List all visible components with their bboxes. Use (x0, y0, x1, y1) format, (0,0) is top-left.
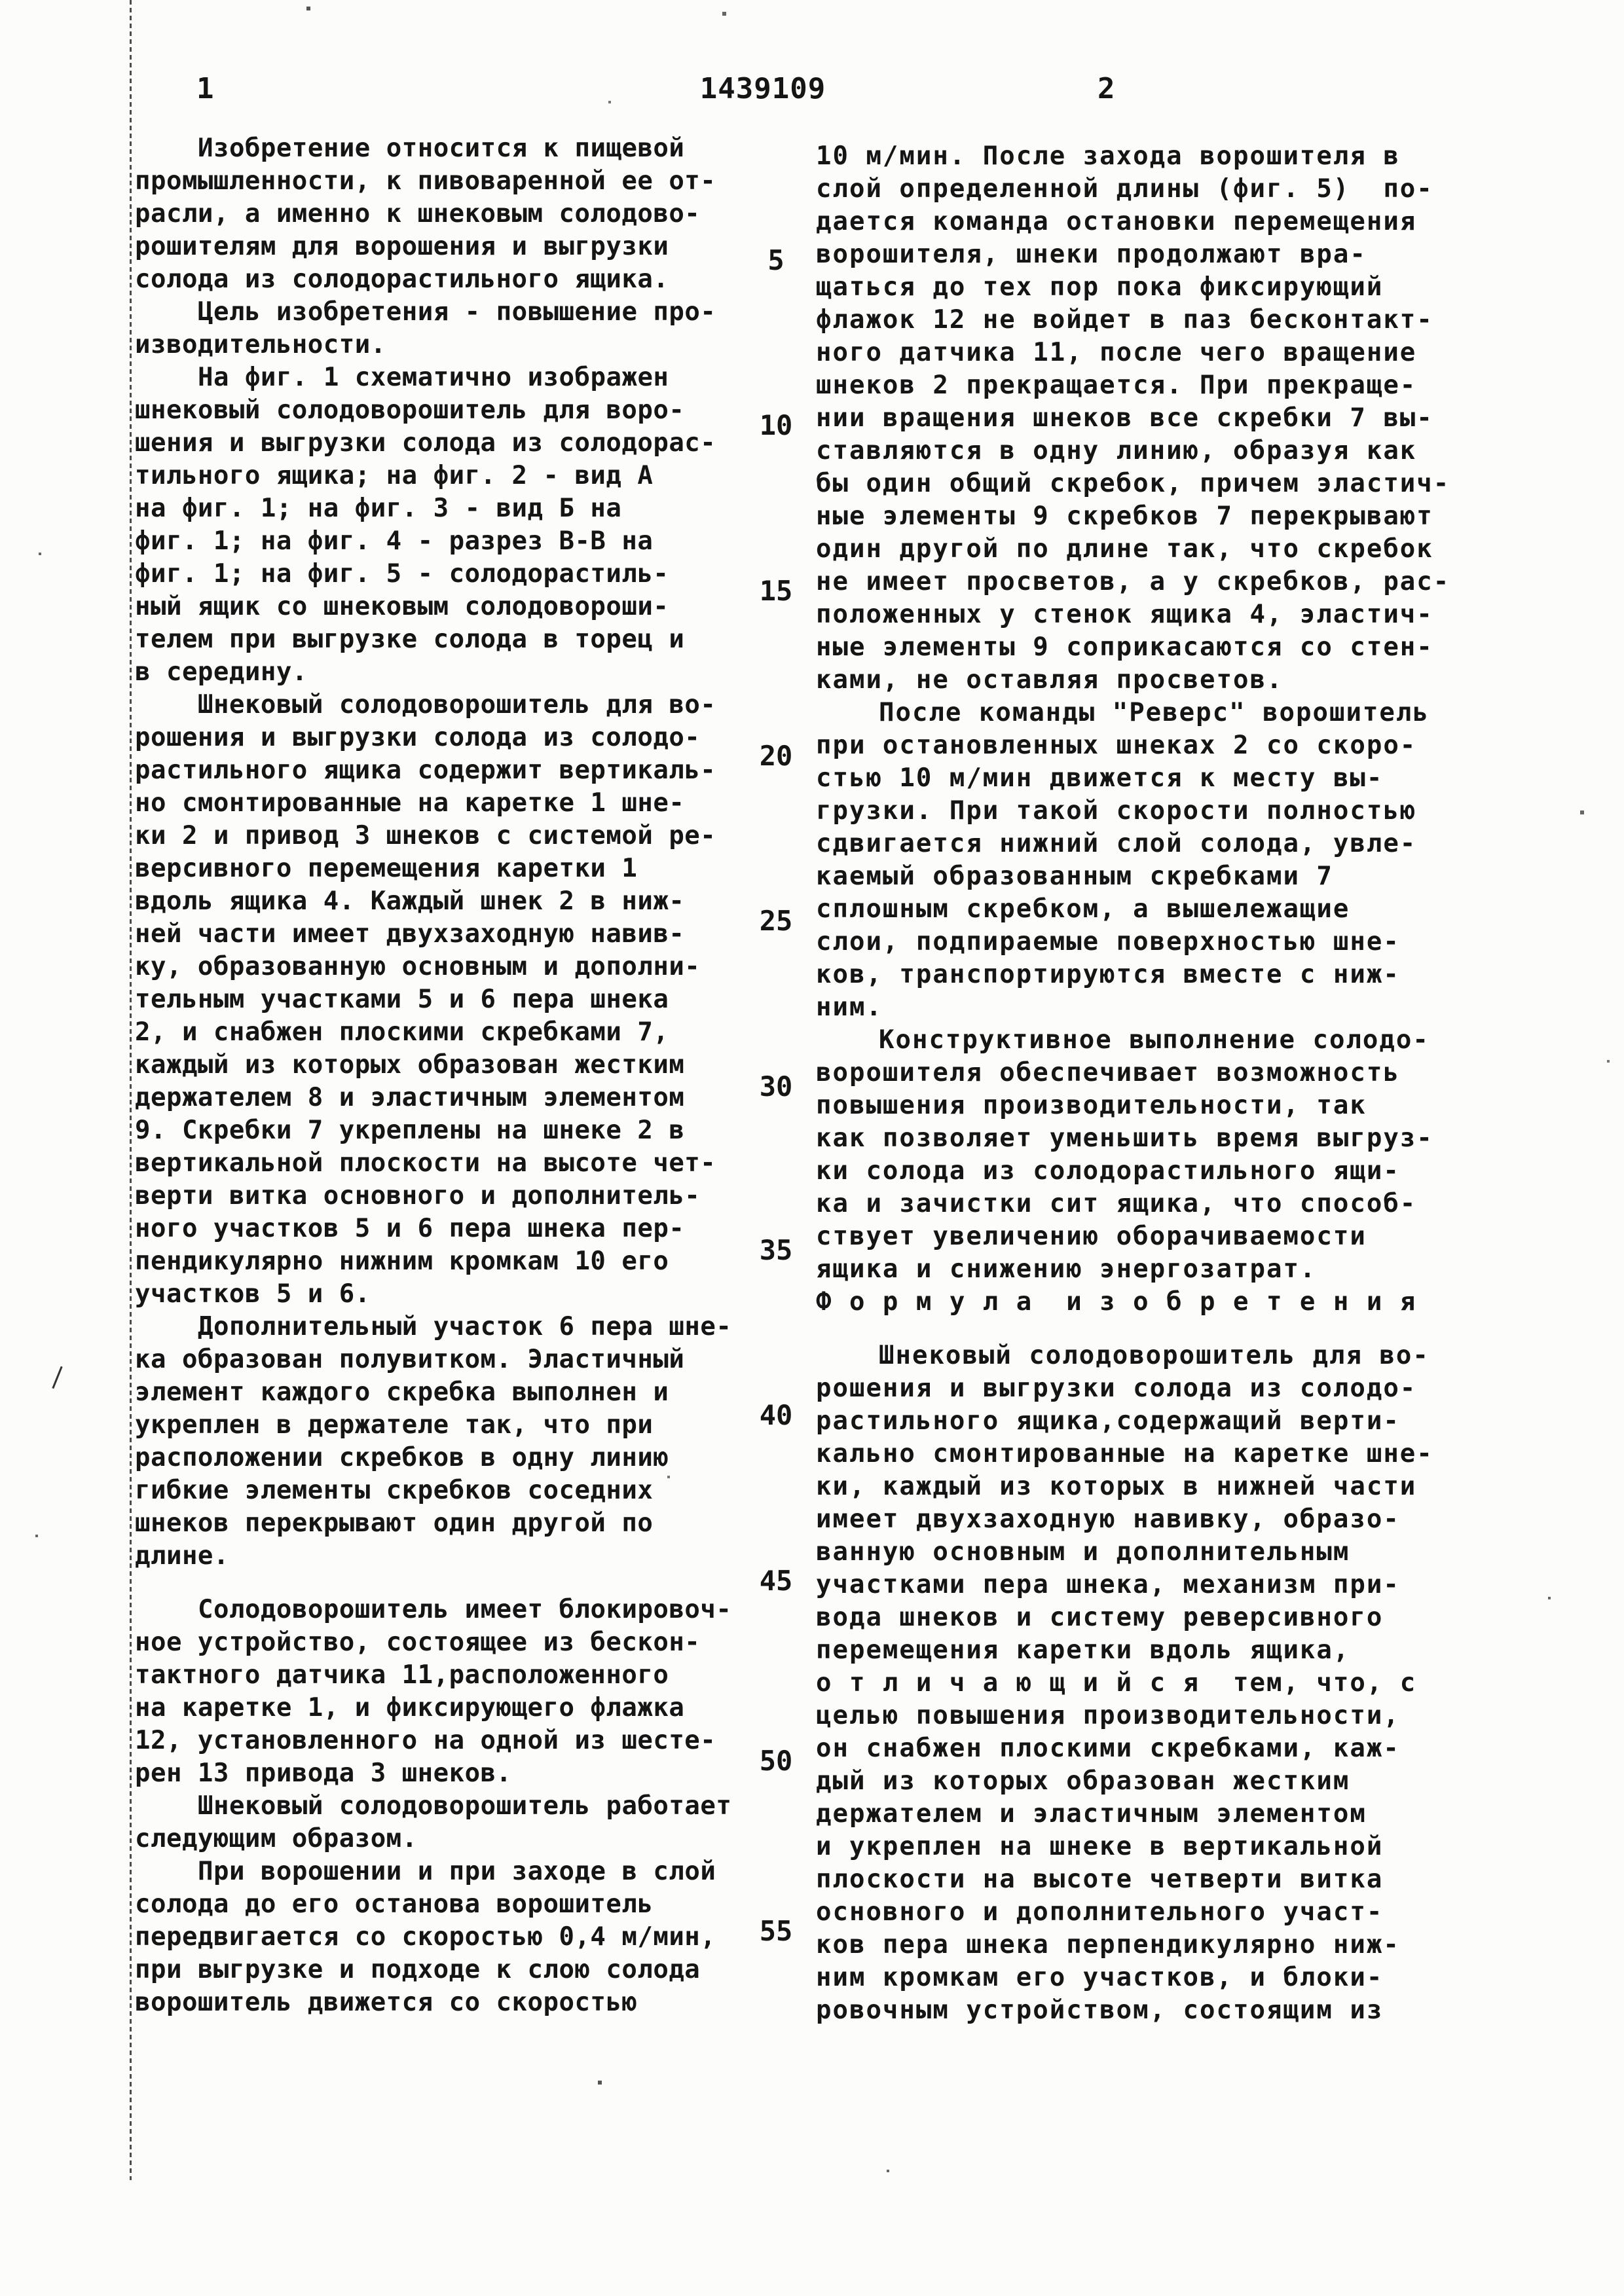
text-line: дается команда остановки перемещения (816, 206, 1471, 238)
margin-line-number: 25 (740, 905, 812, 938)
text-line: шнеков 2 прекращается. При прекраще- (816, 369, 1471, 402)
text-line: гибкие элементы скребков соседних (135, 1474, 718, 1507)
text-line: телем при выгрузке солода в торец и (135, 623, 718, 656)
text-line: ней части имеет двухзаходную навив- (135, 918, 718, 951)
text-line: ворошитель движется со скоростью (135, 1986, 718, 2019)
text-line: фиг. 1; на фиг. 4 - разрез В-В на (135, 525, 718, 558)
text-line: основного и дополнительного участ- (816, 1896, 1471, 1929)
text-line: Шнековый солодоворошитель для во- (816, 1339, 1471, 1372)
text-line: пендикулярно нижним кромкам 10 его (135, 1245, 718, 1278)
patent-document-page: 1 1439109 2 Изобретение относится к пище… (0, 0, 1624, 2296)
text-line: перемещения каретки вдоль ящика, (816, 1634, 1471, 1667)
margin-line-number: 35 (740, 1234, 812, 1267)
margin-line-number: 5 (740, 244, 812, 277)
column-number-right: 2 (1098, 72, 1116, 106)
text-line: ворошителя, шнеки продолжают вра- (816, 238, 1471, 271)
text-line: ставляются в одну линию, образуя как (816, 435, 1471, 467)
text-line: ки солода из солодорастильного ящи- (816, 1155, 1471, 1188)
text-line: 2, и снабжен плоскими скребками 7, (135, 1016, 718, 1049)
text-line: при остановленных шнеках 2 со скоро- (816, 729, 1471, 762)
text-line: растильного ящика содержит вертикаль- (135, 754, 718, 787)
text-line: ствует увеличению оборачиваемости (816, 1220, 1471, 1253)
text-line: Шнековый солодоворошитель работает (135, 1790, 718, 1823)
text-line: расли, а именно к шнековым солодово- (135, 198, 718, 230)
text-line: один другой по длине так, что скребок (816, 533, 1471, 566)
text-line: вертикальной плоскости на высоте чет- (135, 1147, 718, 1180)
paragraph-gap (135, 1573, 718, 1594)
patent-number: 1439109 (691, 72, 835, 106)
text-line: ванную основным и дополнительным (816, 1536, 1471, 1569)
text-line: Ф о р м у л а и з о б р е т е н и я (816, 1286, 1471, 1319)
text-line: тильного ящика; на фиг. 2 - вид А (135, 460, 718, 492)
text-line: расположении скребков в одну линию (135, 1442, 718, 1474)
text-line: при выгрузке и подходе к слою солода (135, 1954, 718, 1986)
left-margin-dotted-rule (130, 0, 132, 2180)
text-line: ровочным устройством, состоящим из (816, 1994, 1471, 2027)
text-line: Цель изобретения - повышение про- (135, 296, 718, 329)
text-line: целью повышения производительности, (816, 1700, 1471, 1732)
text-line: ворошителя обеспечивает возможность (816, 1057, 1471, 1089)
text-line: каждый из которых образован жестким (135, 1049, 718, 1082)
text-line: слои, подпираемые поверхностью шне- (816, 926, 1471, 958)
text-line: ного участков 5 и 6 пера шнека пер- (135, 1212, 718, 1245)
paragraph-gap (816, 1319, 1471, 1339)
text-line: сплошным скребком, а вышележащие (816, 893, 1471, 926)
text-line: ный ящик со шнековым солодовороши- (135, 591, 718, 623)
text-line: Солодоворошитель имеет блокировоч- (135, 1594, 718, 1626)
column-number-left: 1 (196, 72, 215, 106)
text-line: Конструктивное выполнение солодо- (816, 1024, 1471, 1057)
text-line: солода из солодорастильного ящика. (135, 263, 718, 296)
text-line: бы один общий скребок, причем эластич- (816, 467, 1471, 500)
text-line: нии вращения шнеков все скребки 7 вы- (816, 402, 1471, 435)
text-line: шнеков перекрывают один другой по (135, 1507, 718, 1540)
margin-line-number: 40 (740, 1399, 812, 1432)
text-line: ками, не оставляя просветов. (816, 664, 1471, 697)
text-line: кально смонтированные на каретке шне- (816, 1438, 1471, 1470)
margin-line-number: 30 (740, 1070, 812, 1103)
scan-noise-specks (0, 0, 1, 1)
text-line: рошения и выгрузки солода из солодо- (816, 1372, 1471, 1405)
text-line: тельным участками 5 и 6 пера шнека (135, 983, 718, 1016)
text-line: версивного перемещения каретки 1 (135, 852, 718, 885)
text-line: укреплен в держателе так, что при (135, 1409, 718, 1442)
text-line: не имеет просветов, а у скребков, рас- (816, 566, 1471, 598)
text-line: солода до его останова ворошитель (135, 1888, 718, 1921)
text-line: грузки. При такой скорости полностью (816, 795, 1471, 828)
text-line: он снабжен плоскими скребками, каж- (816, 1732, 1471, 1765)
text-line: на каретке 1, и фиксирующего флажка (135, 1692, 718, 1724)
text-line: шнековый солодоворошитель для воро- (135, 394, 718, 427)
text-line: 12, установленного на одной из шесте- (135, 1724, 718, 1757)
text-line: о т л и ч а ю щ и й с я тем, что, с (816, 1667, 1471, 1700)
text-line: длине. (135, 1540, 718, 1573)
text-line: участками пера шнека, механизм при- (816, 1569, 1471, 1601)
text-line: флажок 12 не войдет в паз бесконтакт- (816, 304, 1471, 337)
text-line: ки, каждый из которых в нижней части (816, 1470, 1471, 1503)
text-line: изводительности. (135, 329, 718, 361)
text-line: ные элементы 9 скребков 7 перекрывают (816, 500, 1471, 533)
text-line: сдвигается нижний слой солода, увле- (816, 828, 1471, 860)
text-line: плоскости на высоте четверти витка (816, 1863, 1471, 1896)
text-line: 10 м/мин. После захода ворошителя в (816, 140, 1471, 173)
text-line: ним. (816, 991, 1471, 1024)
text-line: ящика и снижению энергозатрат. (816, 1253, 1471, 1286)
text-line: участков 5 и 6. (135, 1278, 718, 1311)
margin-line-number: 20 (740, 740, 812, 773)
text-line: ка образован полувитком. Эластичный (135, 1343, 718, 1376)
text-line: рошения и выгрузки солода из солодо- (135, 721, 718, 754)
scan-artifact-slash (52, 1366, 62, 1389)
text-line: вода шнеков и систему реверсивного (816, 1601, 1471, 1634)
text-line: ку, образованную основным и дополни- (135, 951, 718, 983)
text-line: каемый образованным скребками 7 (816, 860, 1471, 893)
text-line: ним кромкам его участков, и блоки- (816, 1961, 1471, 1994)
text-line: в середину. (135, 656, 718, 689)
margin-line-number: 45 (740, 1565, 812, 1597)
margin-line-number: 15 (740, 575, 812, 608)
text-line: фиг. 1; на фиг. 5 - солодорастиль- (135, 558, 718, 591)
text-line: щаться до тех пор пока фиксирующий (816, 271, 1471, 304)
text-column-right: 10 м/мин. После захода ворошителя вслой … (816, 140, 1471, 2027)
text-line: держателем и эластичным элементом (816, 1798, 1471, 1831)
text-line: ков, транспортируются вместе с ниж- (816, 958, 1471, 991)
text-line: повышения производительности, так (816, 1089, 1471, 1122)
text-line: шения и выгрузки солода из солодорас- (135, 427, 718, 460)
margin-line-number: 50 (740, 1745, 812, 1777)
text-line: 9. Скребки 7 укреплены на шнеке 2 в (135, 1114, 718, 1147)
text-line: Шнековый солодоворошитель для во- (135, 689, 718, 721)
text-line: стью 10 м/мин движется к месту вы- (816, 762, 1471, 795)
margin-line-number: 10 (740, 409, 812, 442)
text-line: слой определенной длины (фиг. 5) по- (816, 173, 1471, 206)
text-column-left: Изобретение относится к пищевойпромышлен… (135, 132, 718, 2019)
text-line: ное устройство, состоящее из бескон- (135, 1626, 718, 1659)
text-line: держателем 8 и эластичным элементом (135, 1082, 718, 1114)
text-line: передвигается со скоростью 0,4 м/мин, (135, 1921, 718, 1954)
text-line: промышленности, к пивоваренной ее от- (135, 165, 718, 198)
text-line: ки 2 и привод 3 шнеков с системой ре- (135, 820, 718, 852)
margin-line-number: 55 (740, 1915, 812, 1948)
text-line: верти витка основного и дополнитель- (135, 1180, 718, 1212)
text-line: Изобретение относится к пищевой (135, 132, 718, 165)
text-line: следующим образом. (135, 1823, 718, 1855)
text-line: ка и зачистки сит ящика, что способ- (816, 1188, 1471, 1220)
text-line: положенных у стенок ящика 4, эластич- (816, 598, 1471, 631)
text-line: дый из которых образован жестким (816, 1765, 1471, 1798)
text-line: ного датчика 11, после чего вращение (816, 337, 1471, 369)
text-line: ные элементы 9 соприкасаются со стен- (816, 631, 1471, 664)
text-line: рошителям для ворошения и выгрузки (135, 230, 718, 263)
text-line: и укреплен на шнеке в вертикальной (816, 1831, 1471, 1863)
text-line: растильного ящика,содержащий верти- (816, 1405, 1471, 1438)
text-line: Дополнительный участок 6 пера шне- (135, 1311, 718, 1343)
text-line: ков пера шнека перпендикулярно ниж- (816, 1929, 1471, 1961)
text-line: на фиг. 1; на фиг. 3 - вид Б на (135, 492, 718, 525)
text-line: но смонтированные на каретке 1 шне- (135, 787, 718, 820)
text-line: имеет двухзаходную навивку, образо- (816, 1503, 1471, 1536)
text-line: вдоль ящика 4. Каждый шнек 2 в ниж- (135, 885, 718, 918)
text-line: После команды "Реверс" ворошитель (816, 697, 1471, 729)
text-line: элемент каждого скребка выполнен и (135, 1376, 718, 1409)
text-line: При ворошении и при заходе в слой (135, 1855, 718, 1888)
text-line: как позволяет уменьшить время выгруз- (816, 1122, 1471, 1155)
text-line: рен 13 привода 3 шнеков. (135, 1757, 718, 1790)
text-line: На фиг. 1 схематично изображен (135, 361, 718, 394)
text-line: тактного датчика 11,расположенного (135, 1659, 718, 1692)
